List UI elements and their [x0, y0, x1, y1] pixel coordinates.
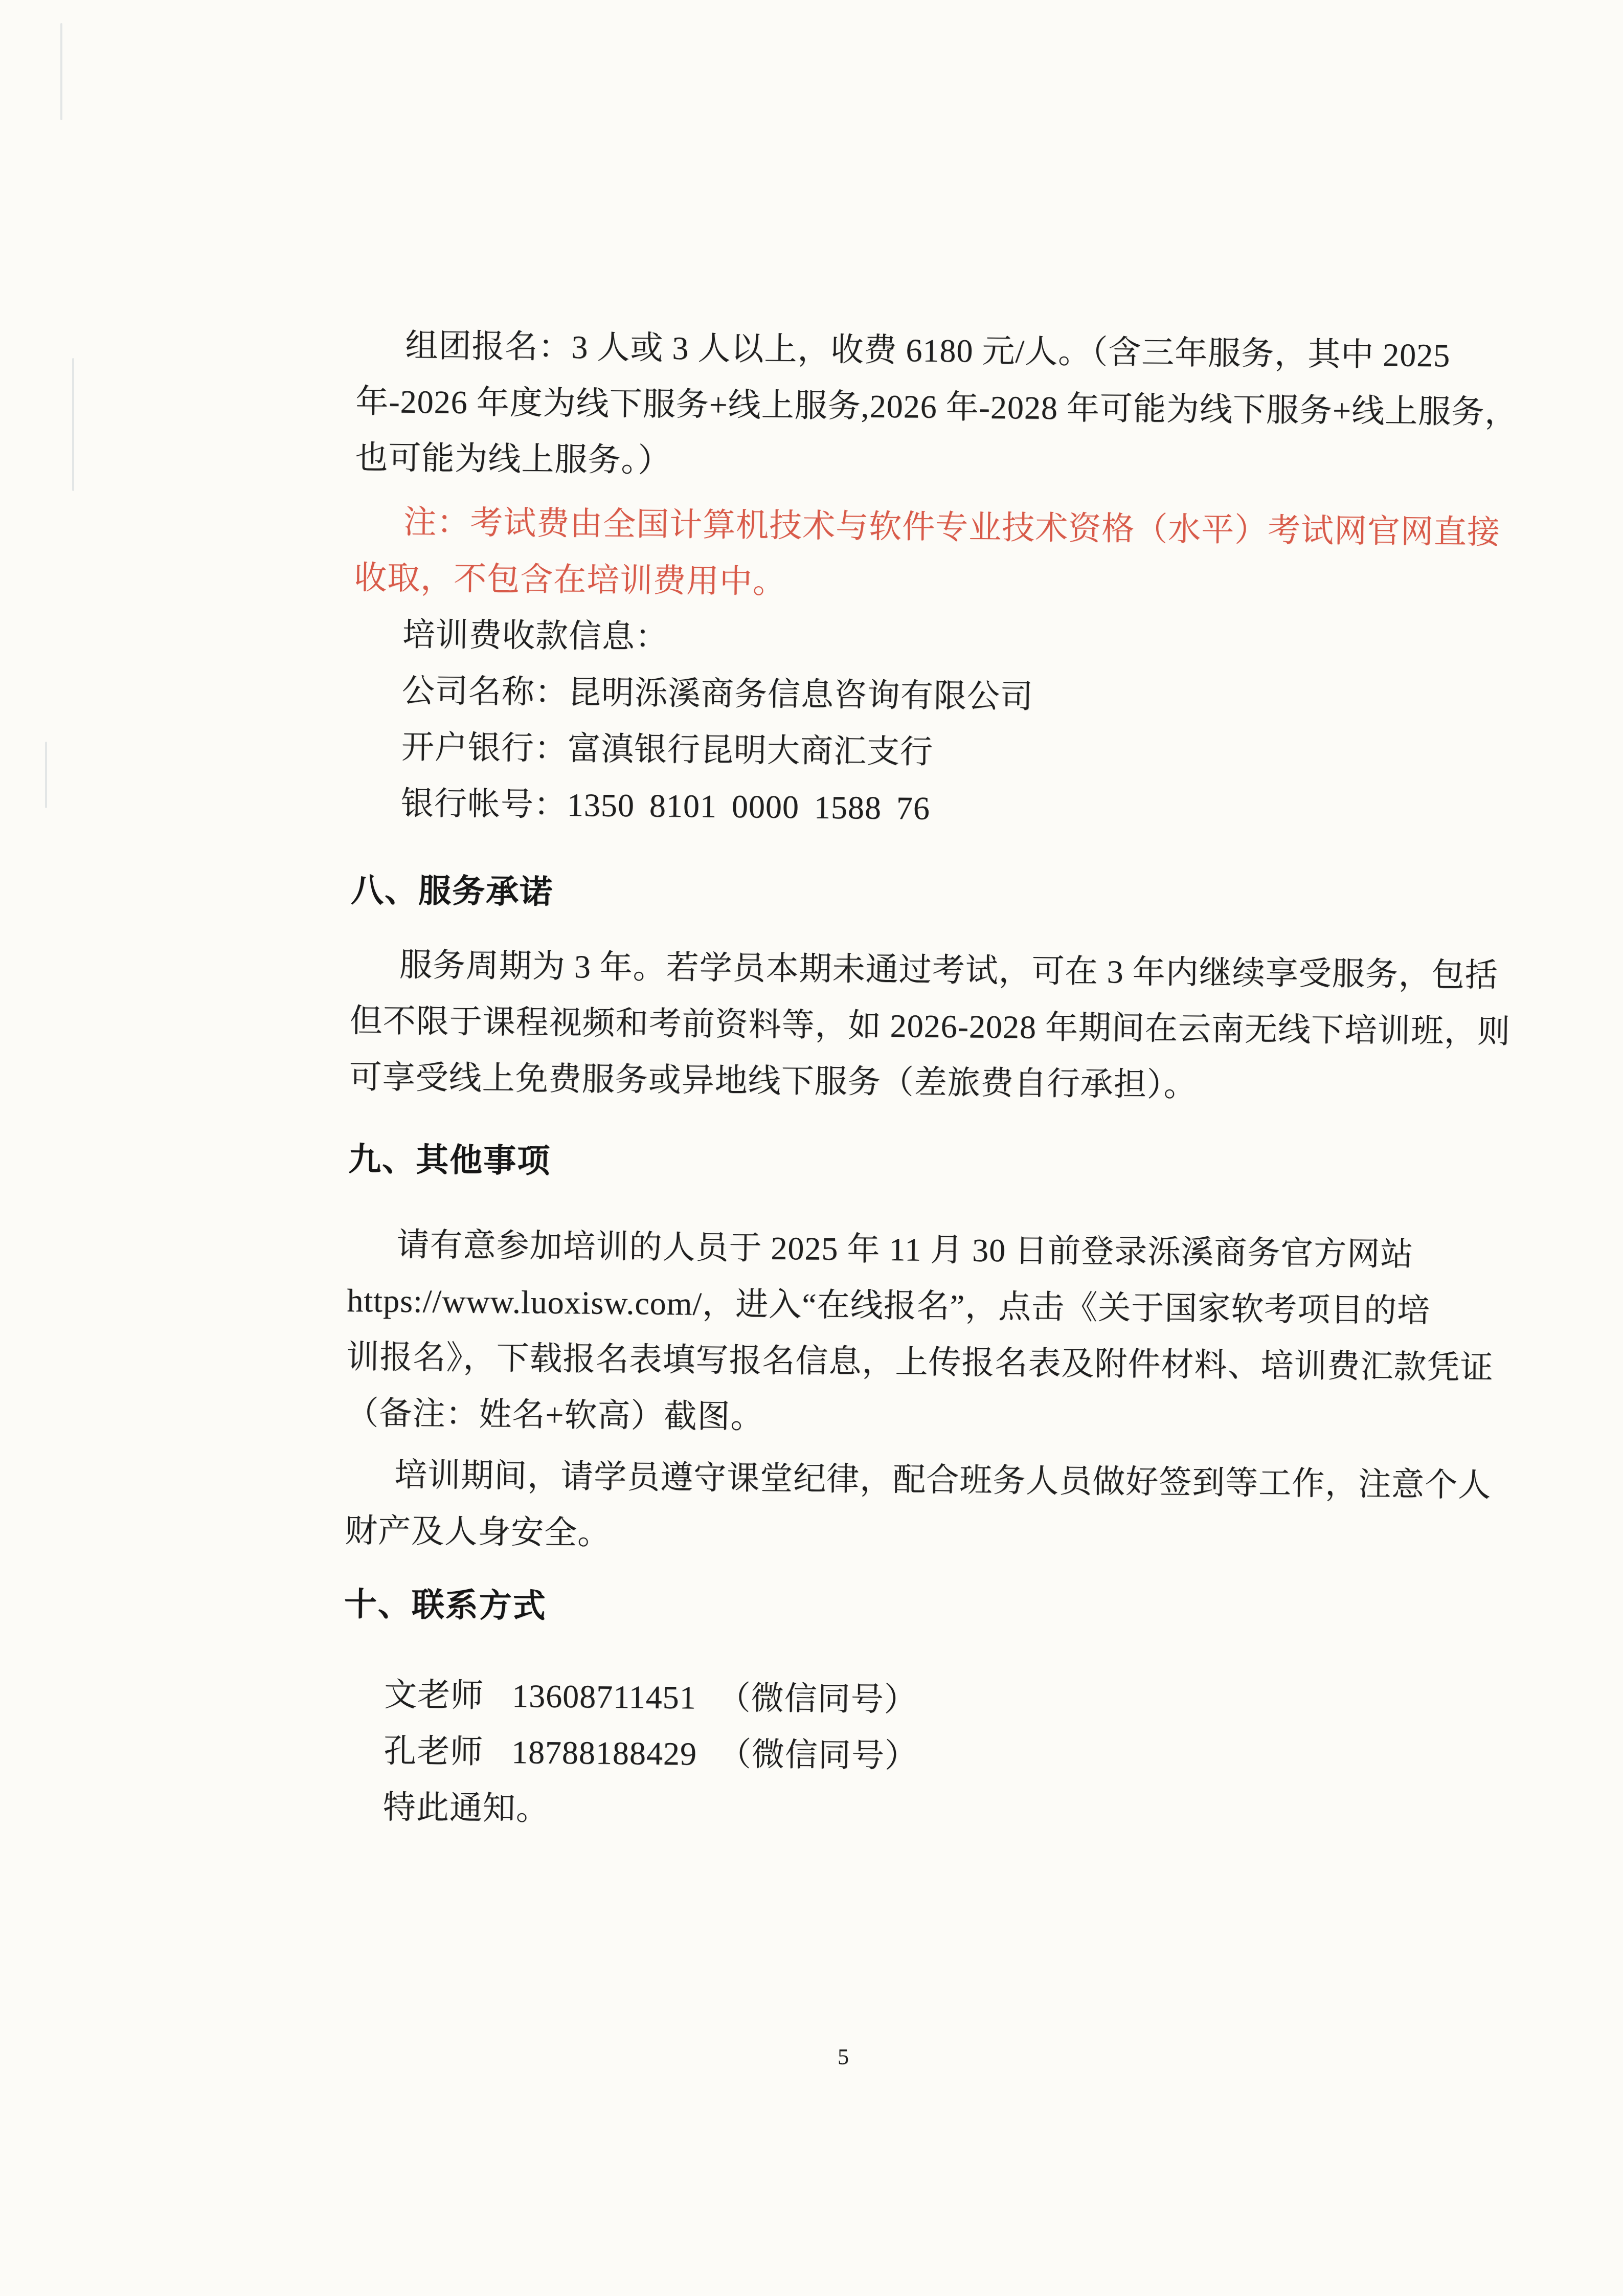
text-line: https://www.luoxisw.com/，进入“在线报名”，点击《关于国…: [347, 1273, 1472, 1340]
contact-row: 孔老师 18788188429 （微信同号）: [343, 1723, 1468, 1790]
section-heading-8: 八、服务承诺: [351, 862, 1476, 929]
text-line: 也可能为线上服务。）: [355, 430, 1480, 497]
scan-artifact: [72, 358, 74, 491]
text-line: 年-2026 年度为线下服务+线上服务,2026 年-2028 年可能为线下服务…: [355, 373, 1481, 440]
contact-phone: 18788188429: [511, 1724, 697, 1782]
text-line: 收取，不包含在培训费用中。: [354, 550, 1479, 617]
text-line: 可享受线上免费服务或异地线下服务（差旅费自行承担）。: [349, 1049, 1474, 1116]
payment-company: 公司名称：昆明泺溪商务信息咨询有限公司: [352, 662, 1478, 729]
payment-info: 培训费收款信息： 公司名称：昆明泺溪商务信息咨询有限公司 开户银行：富滇银行昆明…: [351, 606, 1478, 842]
exam-fee-red-note: 注：考试费由全国计算机技术与软件专业技术资格（水平）考试网官网直接 收取，不包含…: [354, 494, 1480, 617]
text-line: （备注：姓名+软高）截图。: [346, 1385, 1471, 1452]
payment-account: 银行帐号：1350 8101 0000 1588 76: [351, 775, 1477, 842]
section-heading-10: 十、联系方式: [344, 1576, 1469, 1643]
registration-paragraph: 请有意参加培训的人员于 2025 年 11 月 30 日前登录泺溪商务官方网站 …: [346, 1216, 1473, 1452]
text-line: 财产及人身安全。: [345, 1503, 1470, 1570]
payment-info-title: 培训费收款信息：: [353, 606, 1479, 673]
scan-artifact: [60, 23, 62, 120]
discipline-paragraph: 培训期间，请学员遵守课堂纪律，配合班务人员做好签到等工作，注意个人 财产及人身安…: [345, 1446, 1471, 1570]
text-line: 训报名》，下载报名表填写报名信息，上传报名表及附件材料、培训费汇款凭证: [346, 1329, 1472, 1396]
contact-phone: 13608711451: [512, 1668, 697, 1726]
service-promise-paragraph: 服务周期为 3 年。若学员本期未通过考试，可在 3 年内继续享受服务，包括 但不…: [349, 937, 1475, 1116]
document-body: 组团报名：3 人或 3 人以上，收费 6180 元/人。（含三年服务，其中 20…: [342, 317, 1481, 1846]
pricing-paragraph: 组团报名：3 人或 3 人以上，收费 6180 元/人。（含三年服务，其中 20…: [355, 317, 1481, 497]
text-line: 服务周期为 3 年。若学员本期未通过考试，可在 3 年内继续享受服务，包括: [350, 937, 1475, 1004]
text-line: 注：考试费由全国计算机技术与软件专业技术资格（水平）考试网官网直接: [354, 494, 1480, 561]
scan-artifact: [45, 742, 47, 808]
text-line: 但不限于课程视频和考前资料等，如 2026-2028 年期间在云南无线下培训班，…: [349, 993, 1475, 1060]
closing-line: 特此通知。: [342, 1779, 1468, 1846]
page-number: 5: [838, 2042, 849, 2072]
contact-row: 文老师 13608711451 （微信同号）: [343, 1666, 1469, 1733]
contact-wechat-note: （微信同号）: [718, 1726, 918, 1785]
contact-list: 文老师 13608711451 （微信同号） 孔老师 18788188429 （…: [342, 1666, 1469, 1846]
contact-name: 孔老师: [384, 1723, 484, 1780]
section-heading-9: 九、其他事项: [348, 1131, 1474, 1198]
text-line: 培训期间，请学员遵守课堂纪律，配合班务人员做好签到等工作，注意个人: [345, 1446, 1471, 1513]
text-line: 请有意参加培训的人员于 2025 年 11 月 30 日前登录泺溪商务官方网站: [347, 1216, 1473, 1283]
contact-wechat-note: （微信同号）: [717, 1670, 917, 1728]
text-line: 组团报名：3 人或 3 人以上，收费 6180 元/人。（含三年服务，其中 20…: [356, 317, 1481, 384]
payment-bank: 开户银行：富滇银行昆明大商汇支行: [352, 719, 1477, 786]
scanned-document-page: 组团报名：3 人或 3 人以上，收费 6180 元/人。（含三年服务，其中 20…: [0, 0, 1623, 2296]
contact-name: 文老师: [384, 1667, 484, 1724]
